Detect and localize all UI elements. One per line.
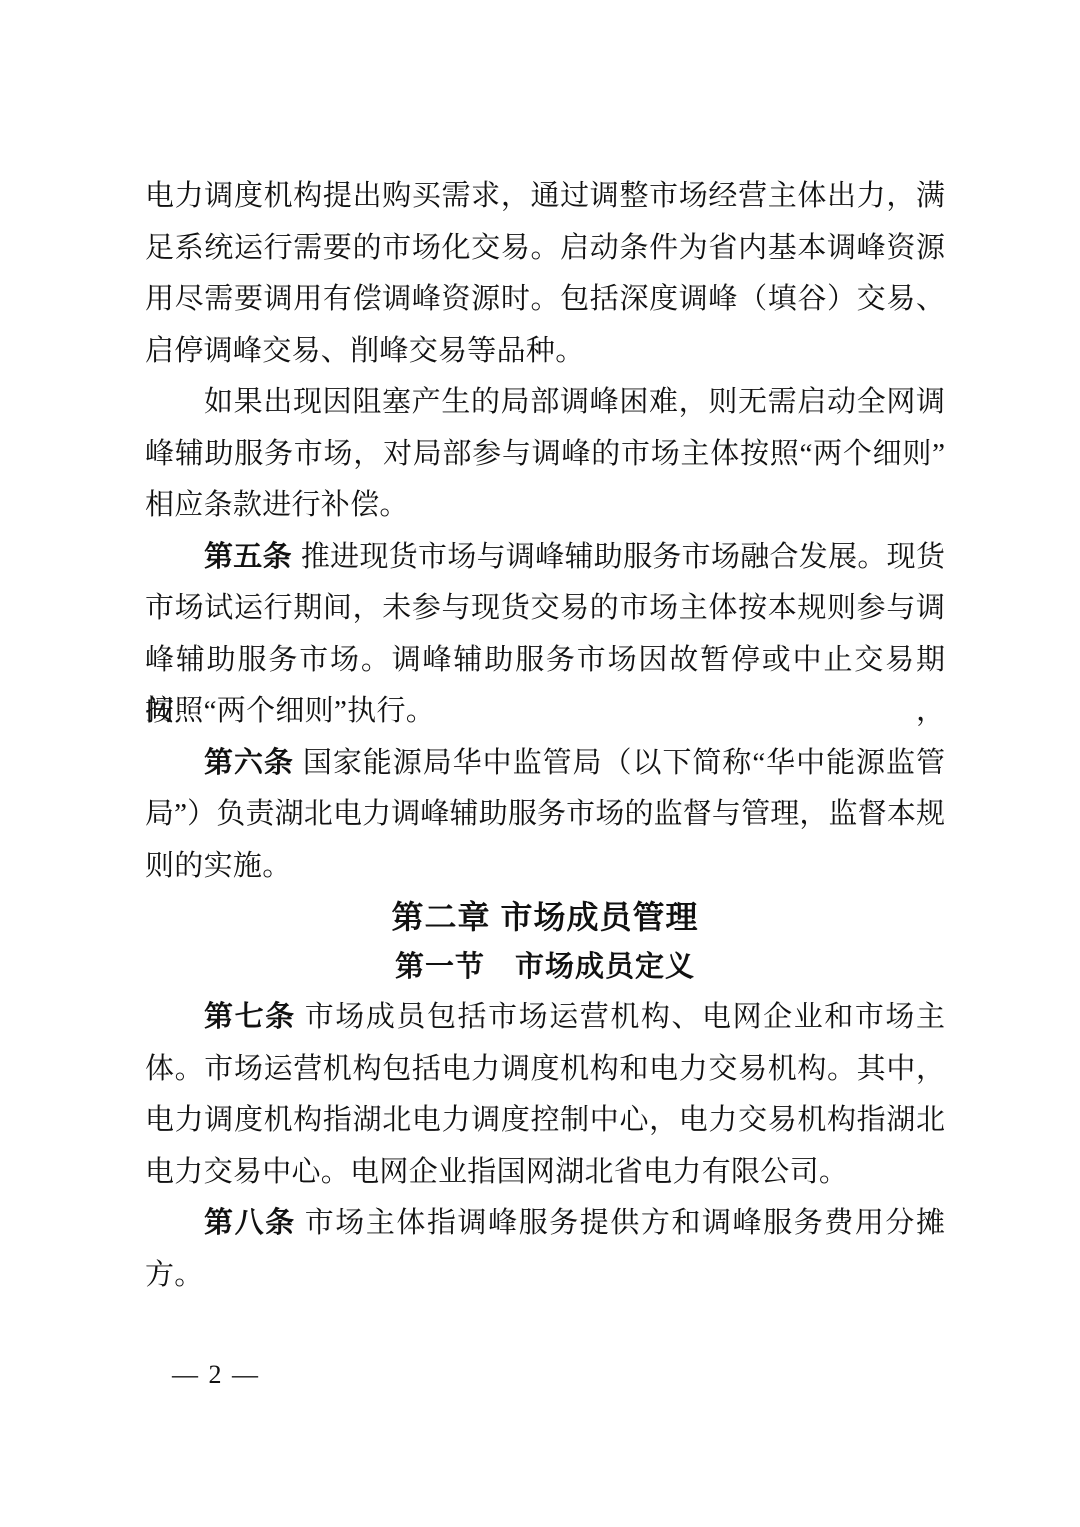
line-text: 足系统运行需要的市场化交易。启动条件为省内基本调峰资源: [145, 232, 945, 264]
line-text: 用尽需要调用有偿调峰资源时。包括深度调峰（填谷）交易、: [145, 283, 945, 315]
paragraph-line: 相应条款进行补偿。: [145, 480, 945, 532]
paragraph-line: 电力交易中心。电网企业指国网湖北省电力有限公司。: [145, 1147, 945, 1199]
line-text: 市场试运行期间，未参与现货交易的市场主体按本规则参与调: [145, 592, 945, 624]
paragraph-line: 足系统运行需要的市场化交易。启动条件为省内基本调峰资源: [145, 223, 945, 275]
paragraph-line: 第七条市场成员包括市场运营机构、电网企业和市场主: [145, 992, 945, 1044]
paragraph-line: 电力调度机构指湖北电力调度控制中心，电力交易机构指湖北: [145, 1095, 945, 1147]
paragraph-line: 电力调度机构提出购买需求，通过调整市场经营主体出力，满: [145, 171, 945, 223]
line-text: 电力调度机构提出购买需求，通过调整市场经营主体出力，满: [145, 180, 945, 212]
line-text: 市场主体指调峰服务提供方和调峰服务费用分摊: [305, 1207, 945, 1239]
chapter-heading: 第二章 市场成员管理: [145, 892, 945, 942]
line-text: 局”）负责湖北电力调峰辅助服务市场的监督与管理，监督本规: [145, 798, 945, 830]
paragraph-line: 第五条推进现货市场与调峰辅助服务市场融合发展。现货: [145, 532, 945, 584]
line-text: 推进现货市场与调峰辅助服务市场融合发展。现货: [301, 541, 945, 573]
line-text: 启停调峰交易、削峰交易等品种。: [145, 335, 585, 367]
paragraph-line: 峰辅助服务市场，对局部参与调峰的市场主体按照“两个细则”: [145, 429, 945, 481]
article-number: 第七条: [204, 1001, 296, 1033]
document-page: 电力调度机构提出购买需求，通过调整市场经营主体出力，满 足系统运行需要的市场化交…: [0, 0, 1080, 1527]
paragraph-line: 如果出现因阻塞产生的局部调峰困难，则无需启动全网调: [145, 377, 945, 429]
paragraph-line: 峰辅助服务市场。调峰辅助服务市场因故暂停或中止交易期间，: [145, 635, 945, 687]
line-text: 按照“两个细则”执行。: [145, 695, 435, 727]
paragraph-line: 市场试运行期间，未参与现货交易的市场主体按本规则参与调: [145, 583, 945, 635]
line-text: 相应条款进行补偿。: [145, 489, 409, 521]
paragraph-line: 局”）负责湖北电力调峰辅助服务市场的监督与管理，监督本规: [145, 789, 945, 841]
line-text: 电力交易中心。电网企业指国网湖北省电力有限公司。: [145, 1156, 848, 1188]
line-text: 则的实施。: [145, 850, 292, 882]
line-text: 体。市场运营机构包括电力调度机构和电力交易机构。其中，: [145, 1053, 945, 1085]
article-number: 第六条: [204, 747, 294, 779]
line-text: 如果出现因阻塞产生的局部调峰困难，则无需启动全网调: [204, 386, 945, 418]
line-text: 电力调度机构指湖北电力调度控制中心，电力交易机构指湖北: [145, 1104, 945, 1136]
line-text: 国家能源局华中监管局（以下简称“华中能源监管: [303, 747, 945, 779]
section-heading: 第一节 市场成员定义: [145, 942, 945, 992]
paragraph-line: 则的实施。: [145, 841, 945, 893]
paragraph-line: 第八条市场主体指调峰服务提供方和调峰服务费用分摊: [145, 1198, 945, 1250]
paragraph-line: 方。: [145, 1250, 945, 1302]
paragraph-line: 第六条国家能源局华中监管局（以下简称“华中能源监管: [145, 738, 945, 790]
line-text: 方。: [145, 1259, 204, 1291]
page-footer: — 2 —: [172, 1360, 260, 1390]
article-number: 第八条: [204, 1207, 296, 1239]
line-text: 峰辅助服务市场，对局部参与调峰的市场主体按照“两个细则”: [145, 438, 945, 470]
paragraph-line: 体。市场运营机构包括电力调度机构和电力交易机构。其中，: [145, 1044, 945, 1096]
article-number: 第五条: [204, 541, 292, 573]
paragraph-line: 用尽需要调用有偿调峰资源时。包括深度调峰（填谷）交易、: [145, 274, 945, 326]
document-body: 电力调度机构提出购买需求，通过调整市场经营主体出力，满 足系统运行需要的市场化交…: [145, 171, 945, 1301]
line-text: 市场成员包括市场运营机构、电网企业和市场主: [305, 1001, 945, 1033]
paragraph-line: 启停调峰交易、削峰交易等品种。: [145, 326, 945, 378]
